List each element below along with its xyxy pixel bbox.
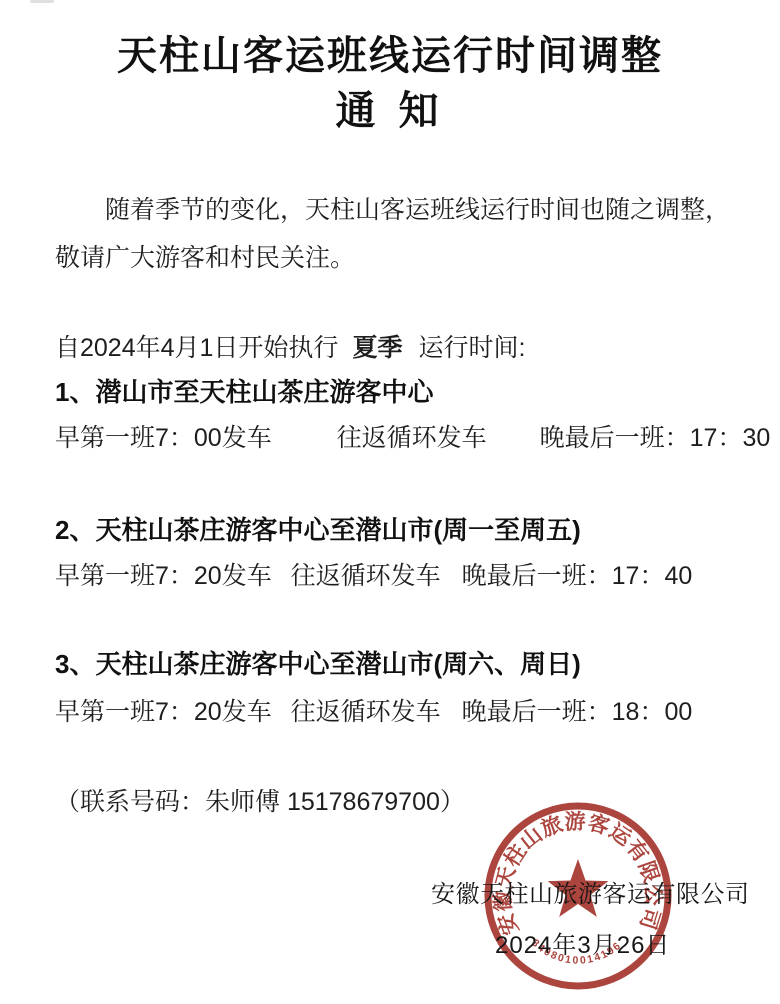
- notice-document: 天柱山客运班线运行时间调整 通 知 随着季节的变化，天柱山客运班线运行时间也随之…: [0, 0, 780, 1004]
- intro-line-1: 随着季节的变化，天柱山客运班线运行时间也随之调整，: [55, 186, 747, 234]
- route-1-last-bus: 晚最后一班：17：30: [540, 418, 771, 454]
- route-3-heading: 3、天柱山茶庄游客中心至潜山市(周六、周日): [55, 644, 581, 681]
- notice-subtitle: 通 知: [0, 79, 780, 136]
- route-3-last-bus: 晚最后一班：18：00: [462, 698, 693, 726]
- scan-artifact: [30, 0, 54, 3]
- effective-prefix: 自2024年4月1日开始执行: [55, 334, 338, 362]
- route-1-loop: 往返循环发车: [337, 418, 487, 454]
- route-3-schedule: 早第一班7：20发车 往返循环发车 晚最后一班：18：00: [55, 692, 692, 728]
- route-2-heading: 2、天柱山茶庄游客中心至潜山市(周一至周五): [55, 510, 581, 547]
- company-name: 安徽天柱山旅游客运有限公司: [431, 874, 750, 909]
- route-3-first-bus: 早第一班7：20发车: [55, 698, 272, 726]
- route-2-last-bus: 晚最后一班：17：40: [462, 562, 693, 590]
- route-3-loop: 往返循环发车: [291, 698, 441, 726]
- route-2-first-bus: 早第一班7：20发车: [55, 562, 272, 590]
- notice-title: 天柱山客运班线运行时间调整: [0, 24, 780, 81]
- effective-date-line: 自2024年4月1日开始执行夏季运行时间:: [55, 328, 525, 364]
- notice-date: 2024年3月26日: [495, 925, 670, 960]
- intro-paragraph: 随着季节的变化，天柱山客运班线运行时间也随之调整， 敬请广大游客和村民关注。: [55, 186, 747, 282]
- contact-line: （联系号码：朱师傅 15178679700）: [55, 782, 465, 818]
- route-2-loop: 往返循环发车: [291, 562, 441, 590]
- route-2-schedule: 早第一班7：20发车 往返循环发车 晚最后一班：17：40: [55, 556, 692, 592]
- route-1-first-bus: 早第一班7：00发车: [55, 418, 272, 454]
- intro-line-2: 敬请广大游客和村民关注。: [55, 234, 747, 282]
- route-1-schedule: 早第一班7：00发车 往返循环发车 晚最后一班：17：30: [55, 418, 770, 454]
- effective-suffix: 运行时间:: [418, 334, 525, 362]
- season-label: 夏季: [352, 334, 402, 362]
- route-1-heading: 1、潜山市至天柱山茶庄游客中心: [55, 372, 433, 409]
